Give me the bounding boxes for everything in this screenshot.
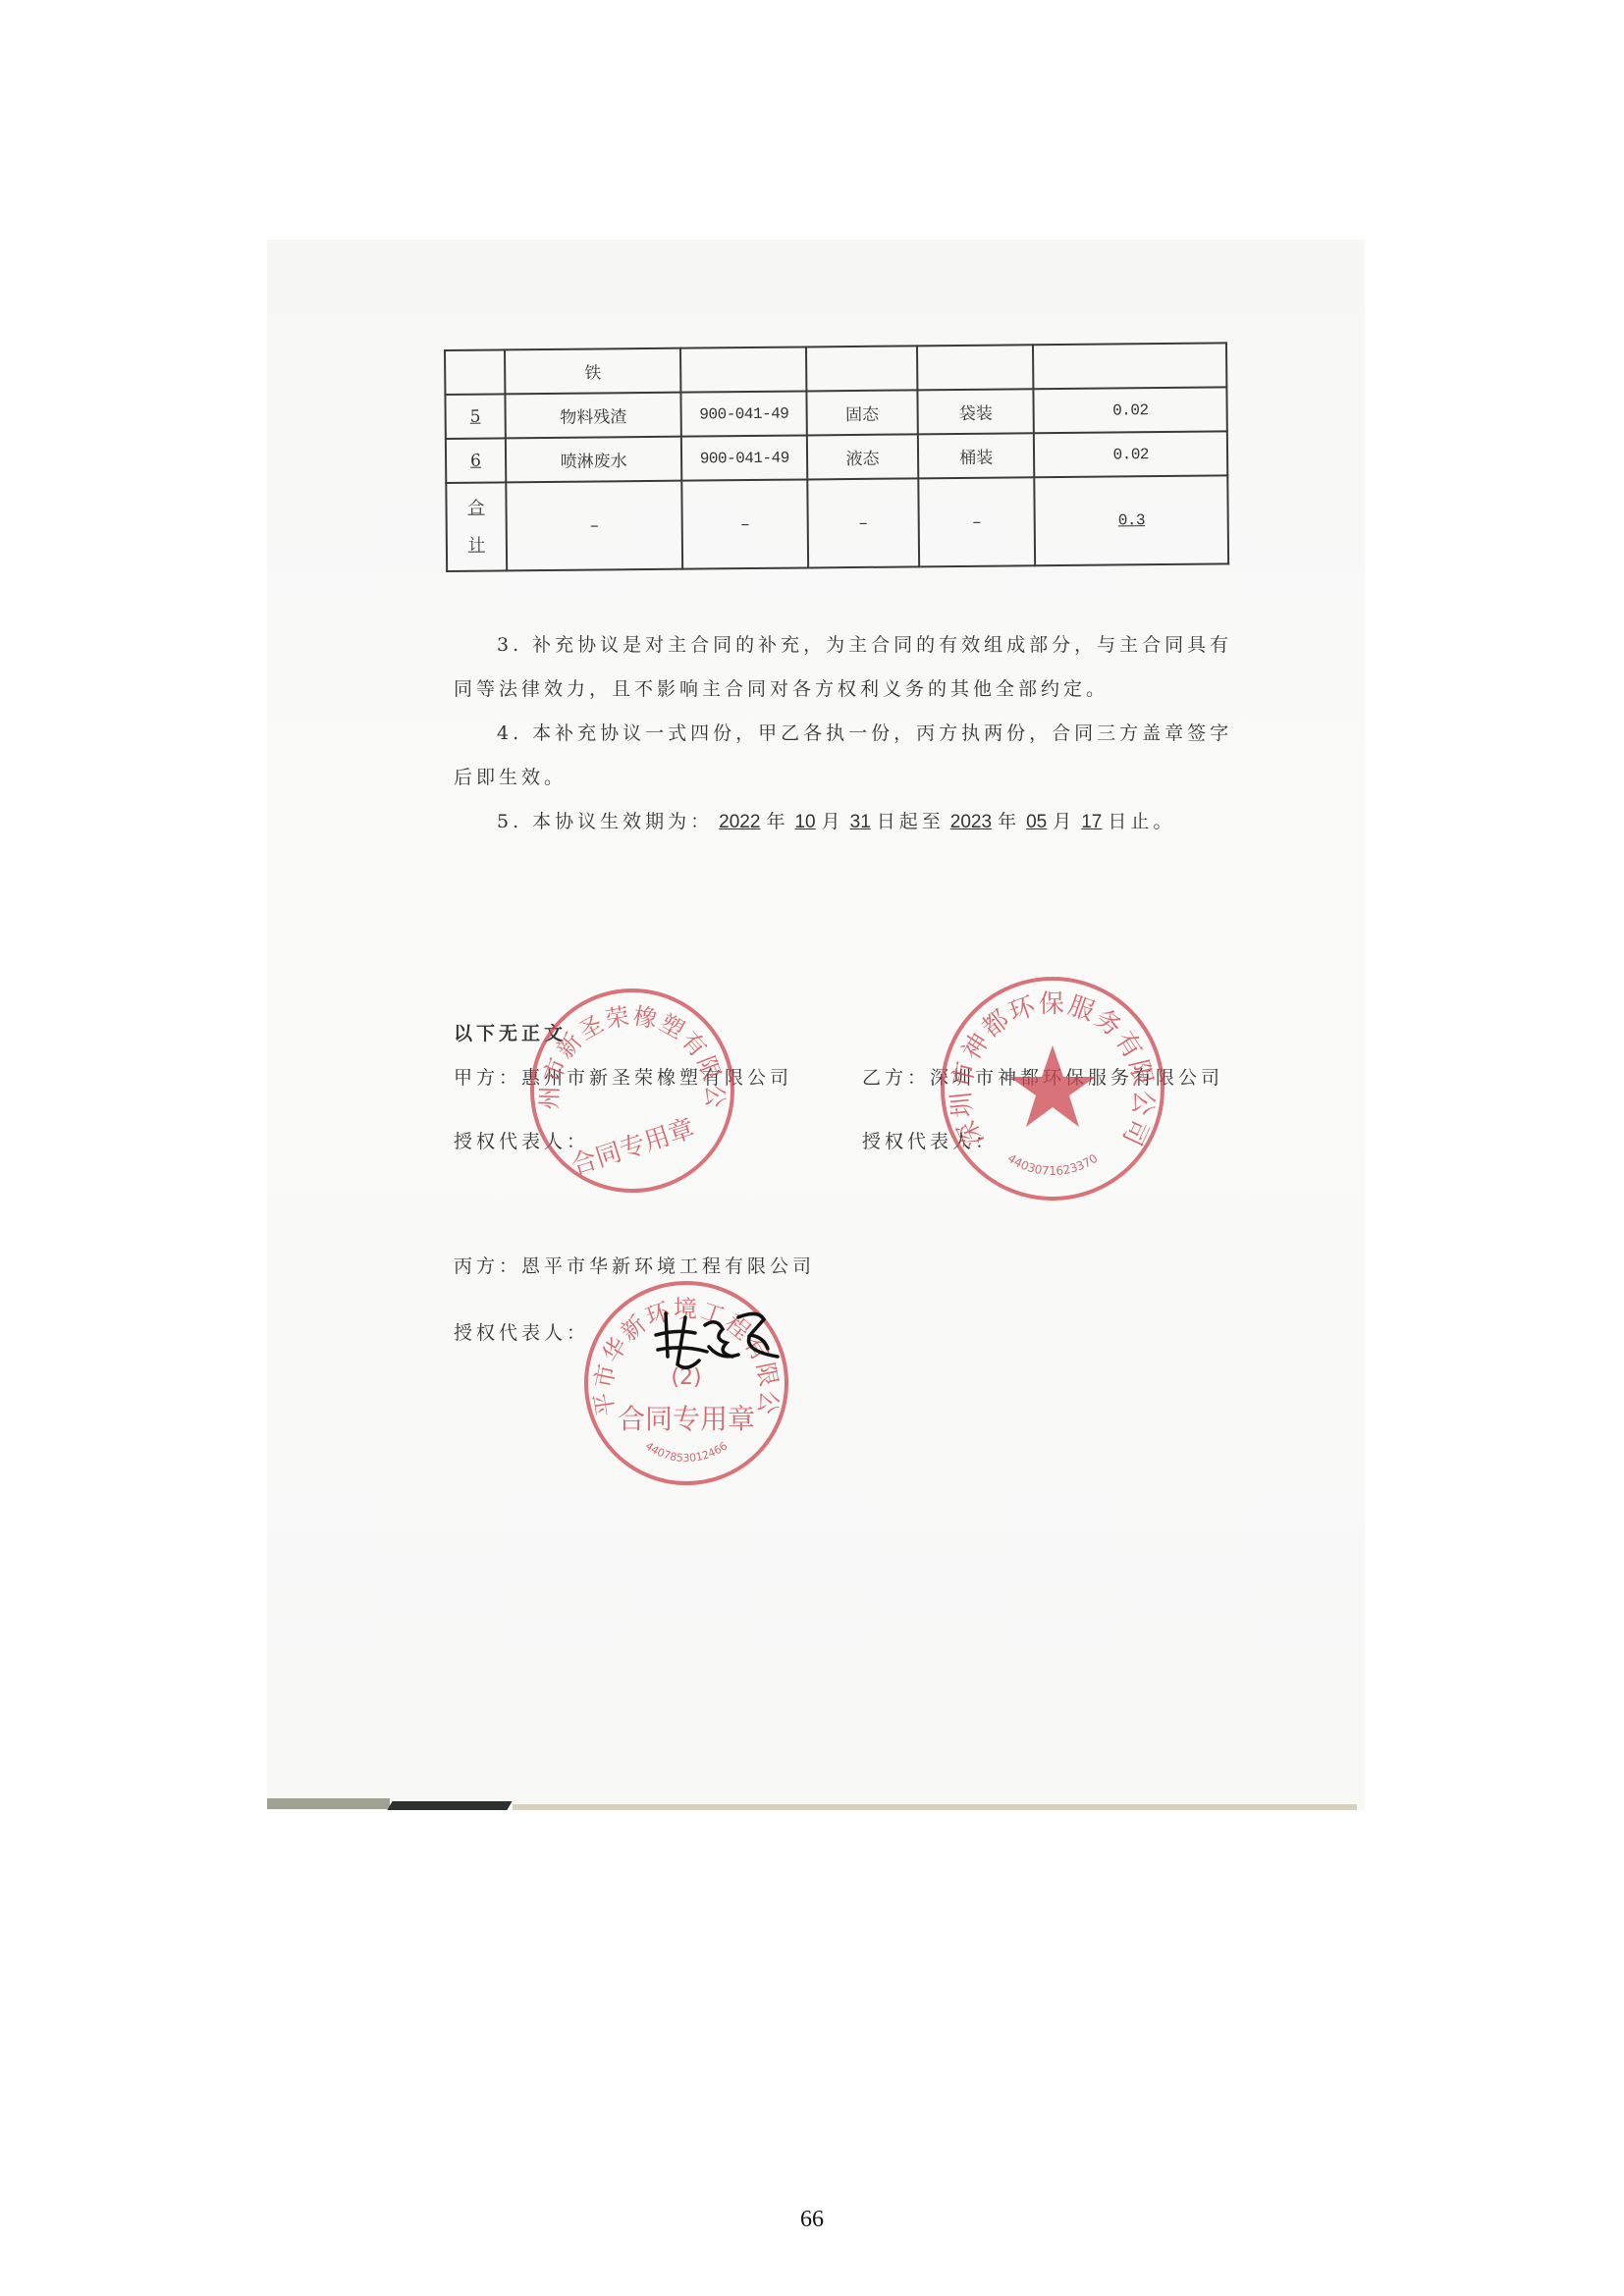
clause-4-line-2: 后即生效。 — [454, 763, 567, 789]
svg-text:合同专用章: 合同专用章 — [618, 1403, 755, 1435]
cell-state — [806, 346, 917, 391]
clause-5: 5. 本协议生效期为：2022年10月31日起至2023年05月17日止。 — [497, 807, 1175, 833]
cell-code: 900-041-49 — [681, 391, 807, 436]
end-day: 17 — [1075, 812, 1108, 832]
cell-total-amount: 0.3 — [1035, 475, 1228, 565]
party-b-seal: 深圳市神都环保服务有限公司 4403071623370 — [941, 977, 1164, 1201]
cell-code — [680, 347, 806, 392]
cell-code: 900-041-49 — [681, 435, 807, 480]
clause-3-line-2: 同等法律效力，且不影响主合同对各方权利义务的其他全部约定。 — [454, 674, 1109, 701]
scan-bottom-edge — [267, 1796, 1365, 1810]
start-year: 2022 — [713, 812, 766, 832]
svg-text:惠州市新圣荣橡塑有限公司: 惠州市新圣荣橡塑有限公司 — [517, 967, 729, 1110]
table-row: 6 喷淋废水 900-041-49 液态 桶装 0.02 — [446, 431, 1227, 483]
page-number: 66 — [0, 2207, 1624, 2233]
start-month: 10 — [788, 812, 821, 832]
clause-4-line-1: 4. 本补充协议一式四份，甲乙各执一份，丙方执两份，合同三方盖章签字 — [497, 719, 1232, 745]
cell-name: – — [506, 481, 682, 571]
cell-package: – — [918, 477, 1036, 566]
cell-state: – — [807, 478, 919, 567]
start-day: 31 — [844, 812, 877, 832]
svg-text:4407853012466: 4407853012466 — [643, 1439, 730, 1465]
cell-state: 固态 — [807, 390, 918, 435]
party-c-name: 丙方：恩平市华新环境工程有限公司 — [454, 1252, 815, 1278]
cell-package: 袋装 — [917, 389, 1034, 434]
cell-no — [445, 349, 505, 395]
party-c-representative: 授权代表人： — [454, 1318, 589, 1345]
end-year: 2023 — [945, 812, 998, 832]
end-month: 05 — [1020, 812, 1053, 832]
clause-3-line-1: 3. 补充协议是对主合同的补充，为主合同的有效组成部分，与主合同具有 — [497, 630, 1232, 657]
waste-table: 铁 5 物料残渣 900-041-49 固态 袋装 0.02 6 喷淋废水 90… — [444, 342, 1229, 572]
party-a-seal: 惠州市新圣荣橡塑有限公司 合同专用章 — [530, 988, 734, 1193]
cell-package — [917, 345, 1034, 390]
cell-name: 铁 — [505, 348, 681, 395]
cell-code: – — [682, 479, 809, 568]
svg-text:合同专用章: 合同专用章 — [568, 1114, 698, 1182]
cell-name: 喷淋废水 — [506, 437, 682, 483]
table-row: 5 物料残渣 900-041-49 固态 袋装 0.02 — [445, 387, 1226, 439]
cell-amount: 0.02 — [1034, 431, 1227, 477]
cell-no: 5 — [445, 394, 505, 439]
cell-name: 物料残渣 — [505, 393, 681, 439]
table-row: 铁 — [445, 343, 1226, 395]
star-icon — [1009, 1045, 1096, 1127]
cell-amount — [1033, 343, 1226, 389]
handwritten-signature — [648, 1296, 785, 1384]
cell-amount: 0.02 — [1034, 387, 1227, 433]
table-total-row: 合 计 – – – – 0.3 — [446, 475, 1228, 571]
cell-no: 6 — [446, 438, 506, 483]
cell-total-label: 合 计 — [446, 482, 507, 571]
svg-text:4403071623370: 4403071623370 — [1005, 1151, 1101, 1178]
cell-package: 桶装 — [918, 433, 1035, 478]
cell-state: 液态 — [807, 434, 918, 479]
